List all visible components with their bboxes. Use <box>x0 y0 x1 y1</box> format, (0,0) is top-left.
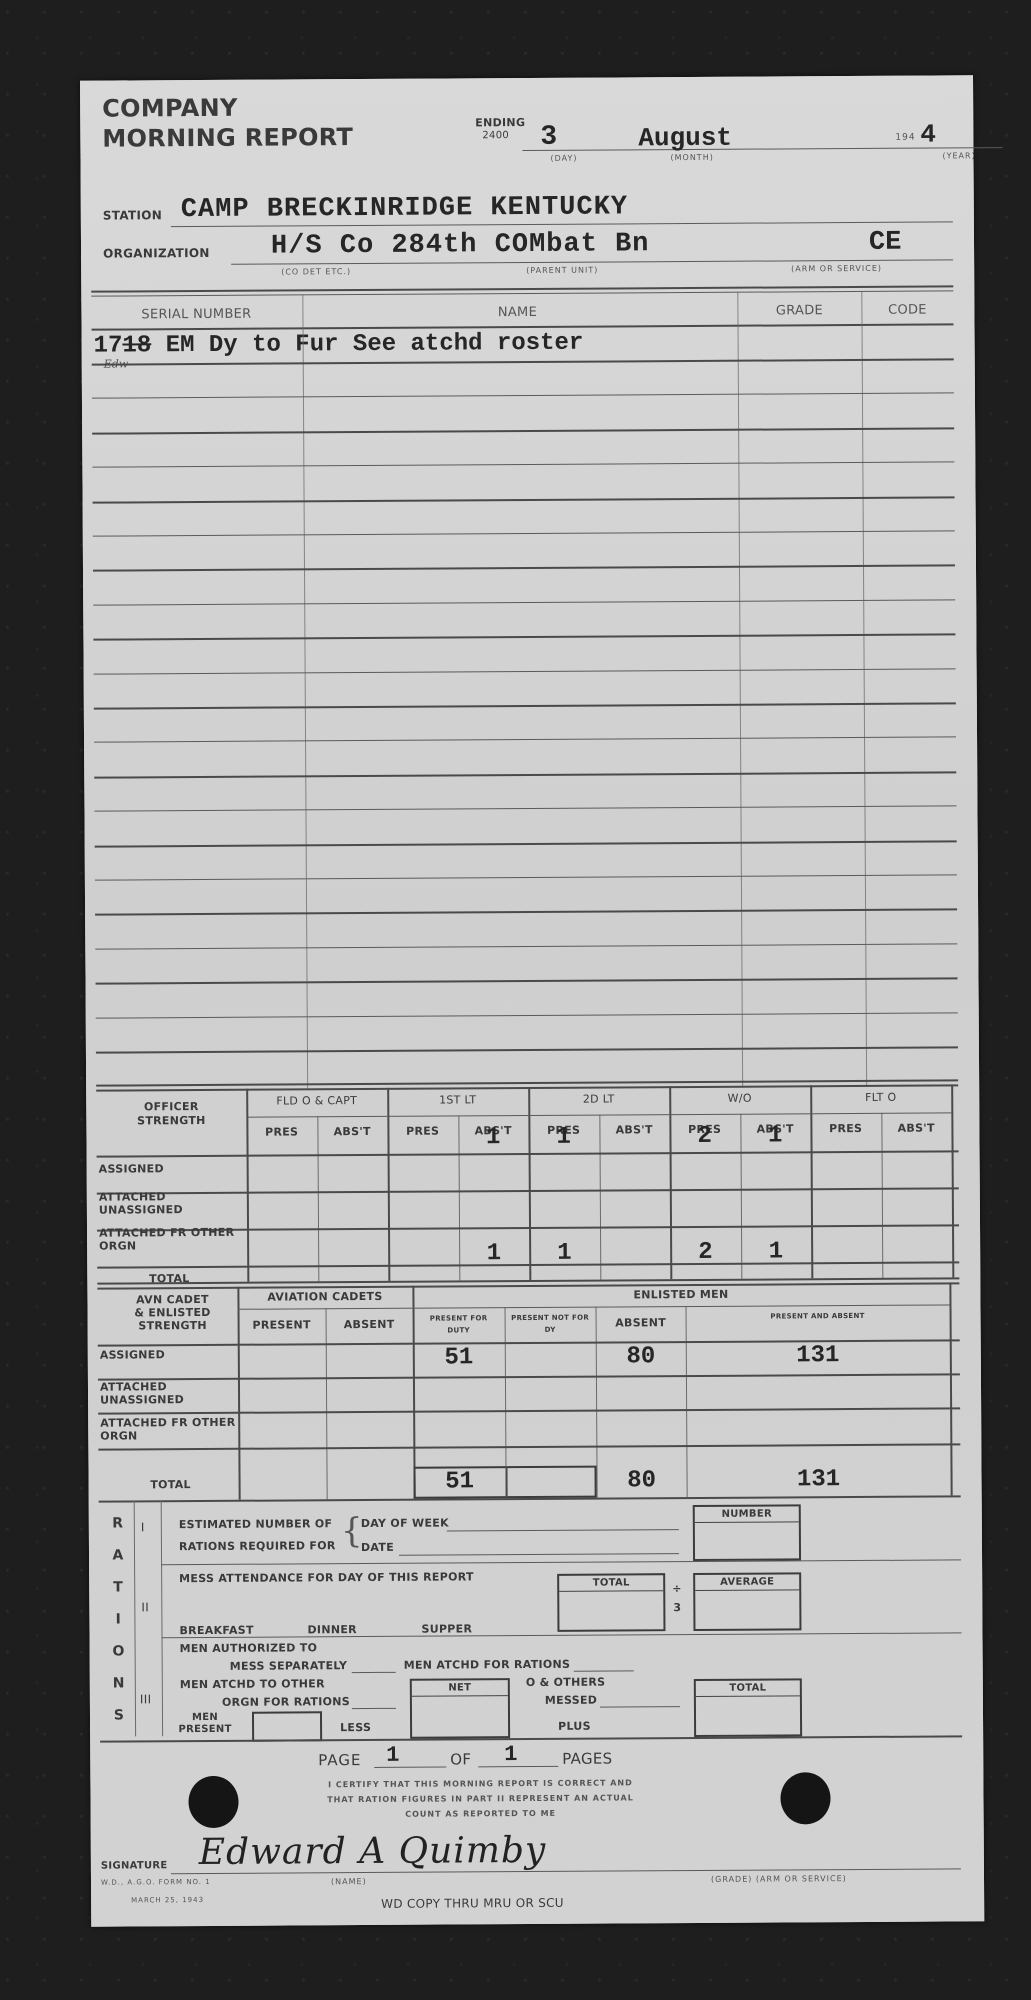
struck-count: 18 <box>122 332 151 359</box>
certification-text: I CERTIFY THAT THIS MORNING REPORT IS CO… <box>270 1775 690 1823</box>
supper-label: SUPPER <box>421 1622 472 1635</box>
enlisted-col-divider <box>949 1282 952 1495</box>
roster-row-line <box>94 737 956 743</box>
rations-required-label: RATIONS REQUIRED FOR <box>179 1539 336 1553</box>
enlisted-cell[interactable] <box>238 1469 326 1470</box>
mess-total-box[interactable]: TOTAL <box>557 1573 665 1632</box>
enlisted-strength-title: AVN CADET & ENLISTED STRENGTH <box>97 1293 247 1333</box>
rule <box>100 1735 962 1742</box>
rations-letter: T <box>103 1572 133 1604</box>
enlisted-row-label: TOTAL <box>101 1478 241 1492</box>
date-label: DATE <box>361 1541 394 1554</box>
day-caption: (DAY) <box>550 154 577 163</box>
page-label: PAGE <box>318 1751 361 1769</box>
officer-cell[interactable]: 1 <box>741 1238 812 1265</box>
enlisted-cell[interactable]: 131 <box>686 1341 950 1370</box>
roster-row-line <box>92 462 954 468</box>
men-atchd-rations-label: MEN ATCHD FOR RATIONS <box>404 1658 571 1672</box>
average-box[interactable]: AVERAGE <box>693 1572 801 1631</box>
enlisted-cell[interactable] <box>238 1469 326 1470</box>
rule <box>162 1632 962 1638</box>
morning-report-form: COMPANY MORNING REPORT ENDING 2400 3 (DA… <box>80 75 984 1926</box>
men-present-box[interactable] <box>252 1711 322 1741</box>
certify-line: THAT RATION FIGURES IN PART II REPRESENT… <box>270 1790 690 1808</box>
organization-value: H/S Co 284th COMbat Bn <box>271 229 650 261</box>
title-line: STRENGTH <box>98 1319 248 1333</box>
rations-letter: O <box>104 1636 134 1668</box>
rations-letter: I <box>103 1604 133 1636</box>
enlisted-cell[interactable]: 131 <box>686 1465 950 1494</box>
rule <box>98 1407 960 1414</box>
roster-row-line <box>95 840 957 847</box>
rations-letter: N <box>104 1668 134 1700</box>
year-prefix: 194 <box>895 133 915 143</box>
roster-row-line <box>94 771 956 778</box>
roster-row-line <box>94 806 956 812</box>
routing-text: WD COPY THRU MRU OR SCU <box>381 1896 564 1911</box>
total-present-divider <box>505 1466 507 1498</box>
officer-strength-title: OFFICER STRENGTH <box>96 1100 246 1129</box>
entry-text: EM Dy to Fur See atchd roster <box>166 330 584 360</box>
roster-row-line <box>96 1046 958 1053</box>
header-name: NAME <box>297 304 737 322</box>
number-box-label: NUMBER <box>695 1506 799 1523</box>
form-number: W.D., A.G.O. FORM NO. 1 <box>101 1878 211 1887</box>
title-line: & ENLISTED <box>97 1306 247 1320</box>
orgn-for-rations-label: ORGN FOR RATIONS <box>222 1695 350 1709</box>
rule <box>98 1443 960 1450</box>
officer-group-header: 2D LT <box>528 1092 669 1106</box>
enlisted-row-label: ASSIGNED <box>100 1348 240 1362</box>
rations-total-label: TOTAL <box>696 1680 800 1697</box>
officer-cell[interactable]: 1 <box>458 1124 529 1151</box>
signature-label: SIGNATURE <box>101 1860 168 1871</box>
report-month: August <box>638 123 732 154</box>
organization-label: ORGANIZATION <box>103 246 210 261</box>
roster-col-divider <box>737 292 743 1087</box>
officer-strength-table: FLD O & CAPT1ST LT2D LTW/OFLT OPRESABS'T… <box>80 75 973 80</box>
breakfast-label: BREAKFAST <box>179 1624 253 1637</box>
roster-col-divider <box>302 294 308 1089</box>
messed-label: MESSED <box>545 1694 597 1707</box>
roster-row-line <box>95 874 957 880</box>
enlisted-subheader: PRESENT AND ABSENT <box>686 1309 950 1323</box>
enlisted-cell[interactable] <box>326 1469 413 1470</box>
rule <box>161 1559 961 1565</box>
less-label: LESS <box>340 1721 371 1734</box>
enlisted-men-header: ENLISTED MEN <box>412 1286 949 1302</box>
mess-attendance-label: MESS ATTENDANCE FOR DAY OF THIS REPORT <box>179 1570 474 1585</box>
officer-cell[interactable]: 2 <box>669 1123 740 1150</box>
officer-group-header: FLD O & CAPT <box>246 1094 387 1108</box>
enlisted-strength-table: AVIATION CADETSENLISTED MENPRESENTABSENT… <box>80 75 973 80</box>
officer-col-divider <box>951 1084 954 1277</box>
net-label: NET <box>412 1680 508 1697</box>
caption-parent-unit: (PARENT UNIT) <box>526 266 598 275</box>
date-field[interactable] <box>399 1553 679 1556</box>
o-others-label: O & OTHERS <box>526 1676 606 1689</box>
certify-line: COUNT AS REPORTED TO ME <box>271 1805 691 1823</box>
roster-row-line <box>93 565 955 572</box>
day-of-week-field[interactable] <box>447 1529 679 1531</box>
roster-row-line <box>93 634 955 641</box>
form-date: MARCH 25, 1943 <box>131 1896 204 1904</box>
rations-divider <box>134 1500 136 1736</box>
men-atchd-other-label: MEN ATCHD TO OTHER <box>180 1677 325 1691</box>
header-serial-number: SERIAL NUMBER <box>91 306 301 322</box>
enlisted-cell[interactable] <box>238 1469 326 1470</box>
divide-by: 3 <box>673 1601 681 1614</box>
pages-label: PAGES <box>562 1750 612 1768</box>
number-box[interactable]: NUMBER <box>693 1504 801 1561</box>
enlisted-subheader: ABSENT <box>326 1318 413 1333</box>
officer-cell[interactable]: 1 <box>529 1240 600 1267</box>
roster-row-line <box>95 943 957 949</box>
officer-cell[interactable]: 1 <box>528 1124 599 1151</box>
name-caption: (NAME) <box>331 1877 367 1886</box>
officer-group-header: FLT O <box>810 1090 951 1104</box>
page-total: 1 <box>504 1742 517 1767</box>
officer-subheader: PRES <box>246 1125 317 1138</box>
binder-hole-left <box>188 1776 238 1828</box>
rule <box>238 1304 950 1309</box>
form-title-morning-report: MORNING REPORT <box>102 123 353 153</box>
rations-letter: A <box>103 1540 133 1572</box>
aviation-cadets-header: AVIATION CADETS <box>237 1290 412 1304</box>
form-title-company: COMPANY <box>102 94 238 123</box>
roster-row-line <box>94 668 956 674</box>
officer-cell[interactable]: 1 <box>740 1122 811 1149</box>
roster-row-line <box>95 909 957 916</box>
rations-total-box[interactable]: TOTAL <box>694 1678 802 1737</box>
enlisted-cell[interactable] <box>326 1469 413 1470</box>
year-caption: (YEAR) <box>942 151 975 160</box>
roster-row-line <box>93 496 955 503</box>
enlisted-cell[interactable]: 80 <box>596 1467 686 1495</box>
officer-subheader: PRES <box>387 1124 458 1137</box>
roster-ruled-rows <box>80 75 973 80</box>
officer-cell[interactable]: 1 <box>459 1240 530 1267</box>
enlisted-cell[interactable] <box>326 1469 413 1470</box>
header-grade: GRADE <box>737 303 861 319</box>
roster-row-line <box>92 427 954 434</box>
caption-co-det: (CO DET ETC.) <box>281 267 351 276</box>
label-line: MEN <box>160 1712 250 1725</box>
part-2-numeral: II <box>141 1600 149 1614</box>
header-code: CODE <box>861 302 953 318</box>
enlisted-row-label: ATTACHED UNASSIGNED <box>100 1380 240 1407</box>
title-line: OFFICER <box>96 1100 246 1115</box>
roster-row-line <box>92 358 954 365</box>
report-year-digit: 4 <box>920 120 936 150</box>
brace: { <box>341 1511 363 1551</box>
label-line: PRESENT <box>160 1724 250 1737</box>
mess-total-label: TOTAL <box>559 1575 663 1592</box>
enlisted-cell[interactable]: 51 <box>413 1344 505 1372</box>
rations-divider <box>161 1500 163 1736</box>
officer-group-header: W/O <box>669 1091 810 1105</box>
enlisted-cell[interactable]: 80 <box>596 1343 686 1371</box>
officer-row-label: ASSIGNED <box>99 1162 239 1176</box>
mess-separately-field[interactable] <box>352 1672 396 1673</box>
officer-row-label: ATTACHED FR OTHER ORGN <box>99 1226 239 1253</box>
officer-subheader: ABS'T <box>599 1123 670 1136</box>
page-underline <box>374 1767 446 1768</box>
roster-row-line <box>92 393 954 399</box>
officer-col-divider <box>881 1113 883 1278</box>
report-day: 3 <box>540 122 557 153</box>
messed-field[interactable] <box>600 1706 680 1707</box>
officer-subheader: ABS'T <box>317 1125 388 1138</box>
title-line: AVN CADET <box>97 1293 247 1307</box>
rations-side-label: RATIONS <box>103 1508 134 1732</box>
part-3-numeral: III <box>140 1692 152 1706</box>
enlisted-subheader: ABSENT <box>596 1316 686 1331</box>
roster-row-line <box>96 1012 958 1018</box>
ending-time: 2400 <box>482 130 509 141</box>
enlisted-col-divider <box>326 1308 328 1499</box>
men-atchd-rations-field[interactable] <box>574 1670 634 1671</box>
binder-hole-right <box>780 1772 830 1824</box>
divide-icon: ÷ <box>672 1582 682 1595</box>
mess-separately-label: MESS SEPARATELY <box>230 1659 348 1673</box>
ending-label: ENDING <box>475 116 525 129</box>
page-number: 1 <box>386 1743 399 1768</box>
station-value: CAMP BRECKINRIDGE KENTUCKY <box>181 192 628 225</box>
roster-row-line <box>96 978 958 985</box>
of-underline <box>478 1766 558 1767</box>
roster-row-line <box>93 530 955 536</box>
plus-label: PLUS <box>558 1720 591 1733</box>
enlisted-row-label: ATTACHED FR OTHER ORGN <box>100 1416 240 1443</box>
rations-letter: S <box>104 1700 134 1732</box>
men-authorized-label: MEN AUTHORIZED TO <box>180 1641 318 1655</box>
caption-arm-service: (ARM OR SERVICE) <box>791 264 882 274</box>
station-label: STATION <box>103 208 162 222</box>
average-label: AVERAGE <box>695 1574 799 1591</box>
enlisted-subheader: PRESENT NOT FOR DY <box>505 1312 596 1337</box>
rations-letter: R <box>103 1508 133 1540</box>
officer-group-header: 1ST LT <box>387 1093 528 1107</box>
officer-cell[interactable]: 2 <box>670 1239 741 1266</box>
men-present-label: MEN PRESENT <box>160 1712 250 1737</box>
net-box[interactable]: NET <box>410 1678 510 1739</box>
officer-subheader: PRES <box>810 1122 881 1135</box>
of-label: OF <box>450 1750 471 1768</box>
day-of-week-label: DAY OF WEEK <box>361 1517 449 1531</box>
roster-entry: 1718 EM Dy to Fur See atchd roster <box>94 330 584 360</box>
dinner-label: DINNER <box>307 1623 357 1636</box>
roster-row-line <box>93 599 955 605</box>
month-caption: (MONTH) <box>670 153 713 162</box>
part-1-numeral: I <box>141 1520 145 1534</box>
enlisted-subheader: PRESENT FOR DUTY <box>413 1312 505 1337</box>
officer-row-label: ATTACHED UNASSIGNED <box>99 1190 239 1217</box>
estimated-number-label: ESTIMATED NUMBER OF <box>179 1517 333 1531</box>
orgn-for-rations-field[interactable] <box>352 1708 396 1709</box>
officer-subheader: ABS'T <box>881 1121 952 1134</box>
officer-col-divider <box>317 1116 319 1281</box>
arm-of-service-value: CE <box>869 228 902 258</box>
title-line: STRENGTH <box>96 1114 246 1129</box>
grade-caption: (GRADE) (ARM OR SERVICE) <box>711 1874 847 1884</box>
roster-col-divider <box>861 291 867 1086</box>
enlisted-subheader: PRESENT <box>238 1318 326 1333</box>
roster-row-line <box>94 702 956 709</box>
corrected-count: 17 <box>94 332 123 359</box>
signature: Edward A Quimby <box>199 1830 547 1873</box>
